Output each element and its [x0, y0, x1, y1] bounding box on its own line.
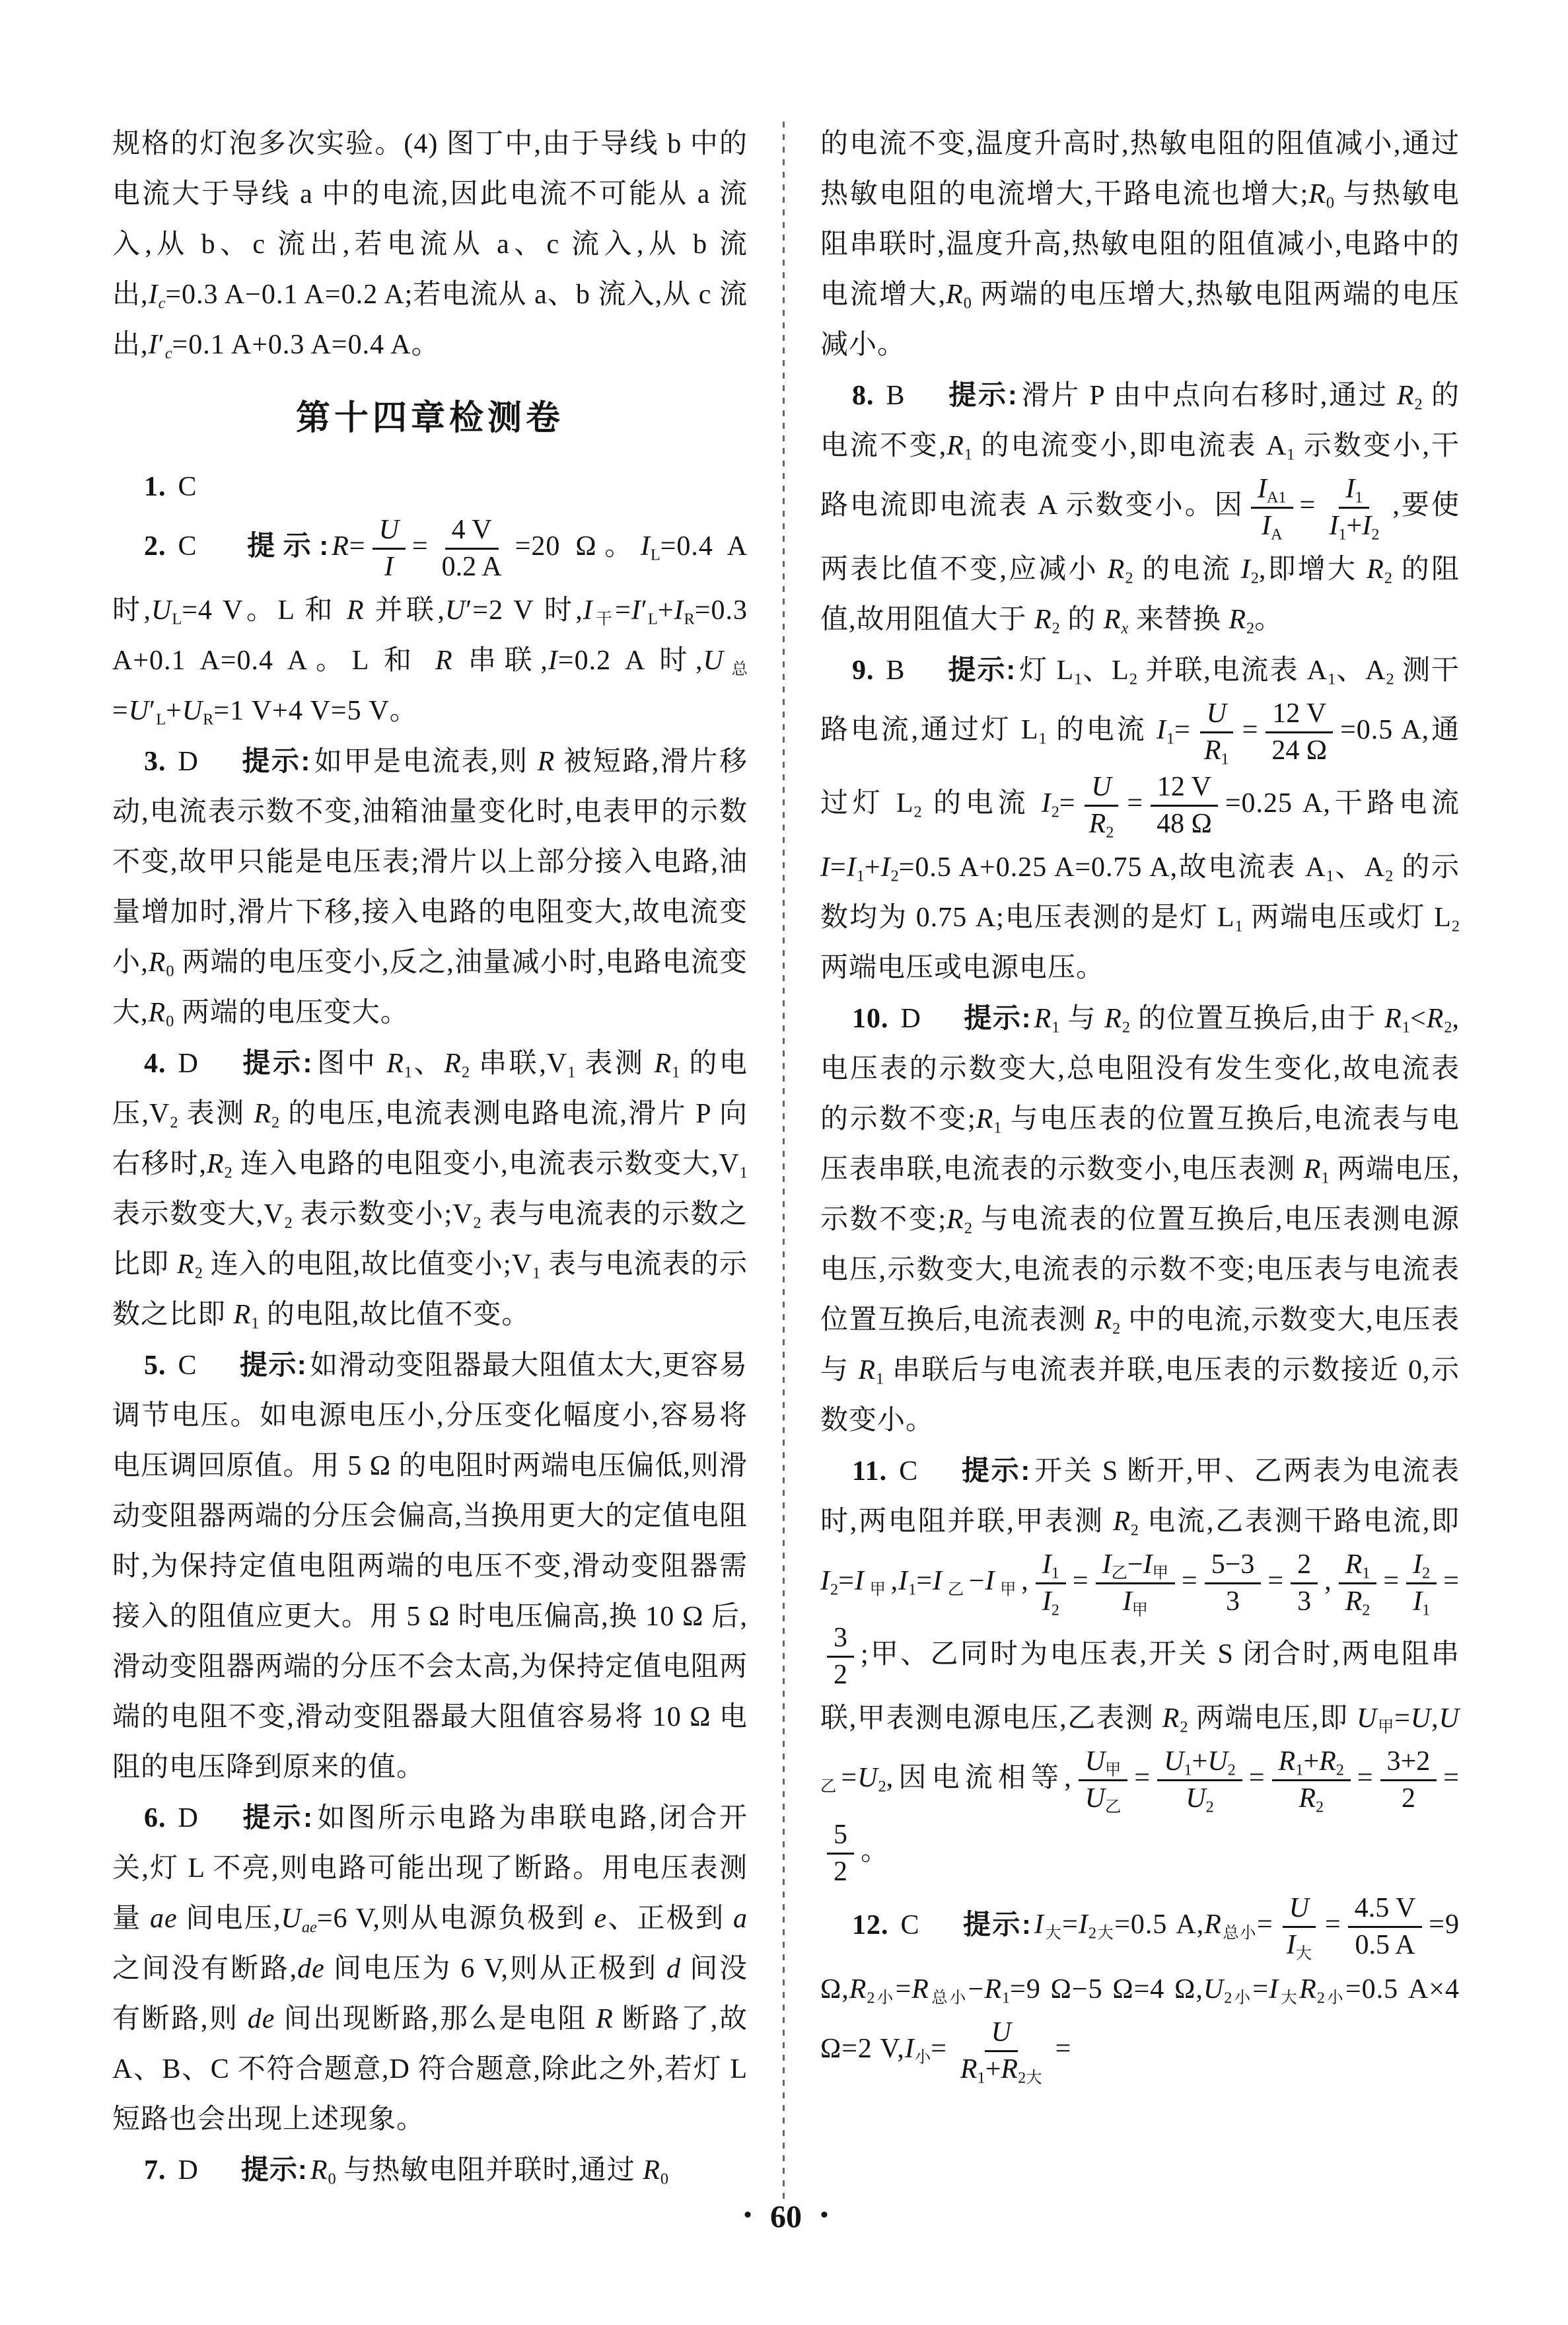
answer-letter: C: [178, 1350, 197, 1381]
variable: I: [149, 330, 159, 360]
item-number: 12.: [852, 1910, 889, 1940]
fraction-denominator: 0.5 A: [1348, 1928, 1421, 1961]
variable: R: [1034, 1004, 1052, 1034]
subscript: 2: [1122, 1018, 1130, 1036]
subscript: 2: [1112, 1319, 1120, 1337]
subscript: 2: [1052, 619, 1060, 637]
subscript: 1: [1074, 670, 1082, 688]
subscript: 1: [876, 1370, 884, 1387]
fraction: UR1: [1197, 698, 1236, 766]
variable: ae: [150, 1903, 178, 1934]
fraction-numerator: I乙−I甲: [1096, 1549, 1175, 1584]
variable: I: [1269, 1974, 1279, 2005]
item-number: 7.: [144, 2155, 166, 2186]
variable: de: [248, 2004, 275, 2034]
hint-label: 提示:: [240, 1349, 307, 1380]
answer-letter: D: [901, 1004, 921, 1034]
variable: R: [946, 279, 964, 310]
answer-item-6: 6.D提示:如图所示电路为串联电路,闭合开关,灯 L 不亮,则电路可能出现了断路…: [112, 1792, 748, 2145]
subscript: 2: [462, 1063, 470, 1081]
fraction-numerator: 4.5 V: [1348, 1893, 1423, 1928]
answer-book-page: 规格的灯泡多次实验。(4) 图丁中,由于导线 b 中的电流大于导线 a 中的电流…: [0, 0, 1568, 2325]
variable: R: [149, 998, 166, 1028]
fraction: 5−33: [1205, 1549, 1262, 1617]
variable: R: [960, 2054, 978, 2085]
subscript: 2: [1444, 1018, 1452, 1036]
subscript: 2: [170, 1113, 178, 1131]
fraction-numerator: R1+R2: [1272, 1746, 1351, 1781]
variable: R: [1001, 2054, 1018, 2085]
fraction-numerator: 4 V: [445, 515, 499, 550]
item-number: 2.: [144, 531, 166, 562]
fraction: 4.5 V0.5 A: [1348, 1893, 1423, 1961]
fraction-numerator: IA1: [1251, 474, 1293, 509]
subscript: 1: [978, 2069, 985, 2086]
fraction-numerator: 5−3: [1205, 1549, 1262, 1584]
subscript: 2: [1131, 1521, 1139, 1539]
fraction-numerator: U: [1085, 772, 1118, 807]
subscript: 2: [830, 1581, 838, 1599]
answer-letter: D: [178, 1803, 199, 1833]
subscript: 1: [1002, 1989, 1010, 2007]
answer-item-5: 5.C提示:如滑动变阻器最大阻值太大,更容易调节电压。如电源电压小,分压变化幅度…: [112, 1340, 748, 1792]
subscript: 1: [1295, 1761, 1303, 1779]
section-heading: 第十四章检测卷: [112, 390, 748, 439]
subscript: A1: [1267, 488, 1287, 506]
subscript: 2小: [1317, 1989, 1345, 2007]
subscript: 总小: [1222, 1925, 1257, 1942]
variable: R: [435, 646, 453, 676]
variable: I: [1413, 1549, 1422, 1580]
variable: R: [984, 1974, 1002, 2005]
fraction-numerator: 3+2: [1380, 1746, 1437, 1781]
answer-item-12: 12.C提示:I大=I2大=0.5 A,R总小=UI大=4.5 V0.5 A=9…: [820, 1890, 1460, 2087]
fraction-denominator: IA: [1255, 509, 1289, 542]
answer-letter: C: [178, 472, 197, 502]
fraction: R1R2: [1339, 1549, 1377, 1617]
fraction-denominator: U乙: [1079, 1781, 1128, 1814]
item-number: 11.: [852, 1456, 887, 1487]
variable: R: [347, 595, 365, 626]
subscript: 2: [1371, 525, 1379, 543]
subscript: 甲: [1105, 1761, 1121, 1779]
variable: R: [149, 947, 166, 978]
fraction: I1I1+I2: [1322, 474, 1386, 542]
variable: U: [991, 2017, 1011, 2048]
subscript: 2: [1384, 569, 1392, 587]
fraction-denominator: R1: [1197, 733, 1236, 766]
variable: I: [1042, 1549, 1051, 1580]
subscript: 2: [964, 1219, 972, 1237]
fraction: 12 V24 Ω: [1265, 698, 1334, 766]
subscript: 1: [1221, 750, 1229, 768]
subscript: 1: [1362, 1564, 1370, 1582]
fraction: 52: [827, 1820, 854, 1888]
subscript: 乙: [943, 1581, 969, 1599]
variable: R: [1113, 1506, 1131, 1537]
subscript: 1: [532, 1264, 540, 1282]
footer-right-dot: •: [820, 2203, 828, 2227]
subscript: 2: [1246, 619, 1254, 637]
variable: R: [1104, 605, 1122, 635]
subscript: L: [648, 610, 658, 628]
variable: R: [1162, 1703, 1180, 1734]
subscript: 1: [1166, 730, 1174, 748]
subscript: 总: [724, 660, 748, 678]
subscript: 1: [1287, 445, 1295, 463]
answer-item-7-continuation: 的电流不变,温度升高时,热敏电阻的阻值减小,通过热敏电阻的电流增大,干路电流也增…: [820, 119, 1460, 370]
answer-item-7: 7.D提示:R0 与热敏电阻并联时,通过 R0: [112, 2145, 748, 2196]
variable: I: [820, 1566, 830, 1596]
fraction-denominator: I1+I2: [1322, 509, 1386, 542]
subscript: 0: [964, 294, 972, 312]
hint-label: 提示:: [241, 745, 311, 776]
variable: R: [538, 747, 555, 777]
variable: R: [1034, 605, 1052, 635]
variable: R: [1299, 1783, 1316, 1814]
subscript: 2: [891, 867, 899, 885]
variable: R: [1104, 1004, 1122, 1034]
variable: R: [386, 1049, 404, 1079]
variable: I: [855, 1566, 865, 1596]
subscript: 0: [328, 2170, 336, 2188]
subscript: 1: [1235, 917, 1243, 935]
fraction: I2I1: [1406, 1549, 1437, 1617]
fraction: UR2: [1083, 772, 1121, 840]
subscript: c: [159, 294, 166, 312]
fraction-denominator: 0.2 A: [435, 550, 509, 583]
fraction: U甲U乙: [1079, 1746, 1128, 1814]
subscript: 2: [914, 803, 922, 821]
subscript: R: [203, 710, 213, 728]
variable: R: [1384, 1004, 1402, 1034]
variable: I: [1362, 511, 1371, 541]
item-number: 6.: [144, 1803, 166, 1833]
hint-label: 提示:: [241, 1047, 313, 1078]
item-number: 1.: [144, 472, 166, 502]
item-number: 10.: [852, 1004, 889, 1034]
hint-label: 提示:: [241, 1802, 313, 1833]
hint-label: 提示:: [948, 654, 1016, 685]
variable: U: [1357, 1703, 1377, 1734]
variable: R: [177, 1249, 195, 1280]
subscript: 甲: [865, 1581, 891, 1599]
subscript: 1: [672, 1063, 680, 1081]
subscript: 1: [740, 1163, 748, 1181]
fraction-numerator: I2: [1406, 1549, 1437, 1584]
subscript: 1: [1051, 1018, 1059, 1036]
variable: R: [1397, 381, 1415, 411]
answer-letter: C: [178, 531, 197, 562]
variable: I: [898, 1566, 908, 1596]
answer-letter: B: [886, 381, 906, 411]
variable: I: [1345, 474, 1355, 504]
variable: R: [254, 1099, 271, 1129]
fraction: 4 V0.2 A: [435, 515, 509, 583]
subscript: 1: [993, 1119, 1001, 1136]
variable: I: [674, 595, 684, 626]
variable: U: [281, 1903, 302, 1934]
subscript: 2: [1251, 569, 1259, 587]
fraction-denominator: R2: [1292, 1781, 1330, 1814]
prev-answer-continuation: 规格的灯泡多次实验。(4) 图丁中,由于导线 b 中的电流大于导线 a 中的电流…: [112, 119, 748, 370]
fraction-denominator: 2: [827, 1658, 854, 1691]
variable: e: [594, 1903, 607, 1934]
subscript: 甲: [1153, 1564, 1168, 1582]
fraction-denominator: I1: [1406, 1584, 1437, 1617]
item-number: 9.: [852, 655, 874, 686]
subscript: 2小: [867, 1989, 895, 2007]
variable: I: [847, 852, 857, 883]
subscript: 甲: [1377, 1718, 1394, 1736]
fraction-denominator: 24 Ω: [1265, 733, 1334, 766]
variable: R: [1204, 735, 1221, 766]
answer-letter: B: [886, 655, 906, 686]
page-content: 规格的灯泡多次实验。(4) 图丁中,由于导线 b 中的电流大于导线 a 中的电流…: [112, 119, 1460, 2207]
subscript: L: [172, 610, 182, 628]
variable: R: [1345, 1586, 1363, 1617]
fraction-denominator: 2: [827, 1855, 854, 1888]
subscript: 1: [1355, 488, 1363, 506]
variable: U: [379, 515, 399, 545]
variable: I: [933, 1566, 943, 1596]
variable: U: [1439, 1703, 1460, 1734]
hint-label: 提示:: [948, 379, 1018, 410]
column-divider: [783, 122, 785, 2203]
variable: R: [1108, 554, 1125, 585]
fraction-denominator: 3: [1219, 1584, 1246, 1617]
subscript: 甲: [995, 1581, 1021, 1599]
variable: R: [310, 2155, 328, 2186]
subscript: 0: [660, 2170, 668, 2188]
fraction-numerator: U甲: [1079, 1746, 1128, 1781]
fraction-denominator: 48 Ω: [1150, 807, 1219, 840]
variable: I: [1042, 1586, 1051, 1617]
hint-label: 提示:: [964, 1002, 1032, 1033]
fraction-denominator: I大: [1280, 1928, 1318, 1961]
fraction-numerator: U: [985, 2017, 1018, 2052]
subscript: A: [1271, 525, 1283, 543]
fraction: 32: [827, 1623, 854, 1691]
fraction: UR1+R2大: [954, 2017, 1049, 2085]
variable: R: [332, 531, 349, 562]
subscript: 1: [1328, 670, 1336, 688]
subscript: 2: [1051, 803, 1059, 821]
answer-letter: C: [901, 1910, 920, 1940]
variable: I: [548, 646, 558, 676]
variable: R: [234, 1300, 252, 1330]
fraction-denominator: 3: [1291, 1584, 1318, 1617]
variable: U: [1186, 1783, 1205, 1814]
variable: R: [1319, 1746, 1336, 1777]
fraction-denominator: 2: [1395, 1781, 1422, 1814]
variable: R: [976, 1104, 994, 1134]
subscript: 大: [1296, 1945, 1312, 1963]
variable: R: [655, 1049, 672, 1079]
answer-letter: D: [178, 2155, 199, 2186]
fraction-denominator: I甲: [1116, 1584, 1155, 1617]
item-number: 5.: [144, 1350, 166, 1381]
hint-label: 提示:: [240, 530, 330, 561]
variable: R: [1304, 1154, 1322, 1185]
subscript: L: [156, 710, 166, 728]
variable: U: [1411, 1703, 1431, 1734]
subscript: 2: [1129, 670, 1137, 688]
variable: R: [911, 1974, 929, 2005]
variable: R: [1204, 1910, 1222, 1940]
footer-left-dot: •: [744, 2203, 752, 2227]
subscript: 2大: [1088, 1925, 1114, 1942]
answer-item-10: 10.D提示:R1 与 R2 的位置互换后,由于 R1<R2,电压表的示数变大,…: [820, 993, 1460, 1446]
answer-item-4: 4.D提示:图中 R1、R2 串联,V1 表测 R1 的电压,V2 表测 R2 …: [112, 1038, 748, 1340]
variable: R: [444, 1049, 462, 1079]
subscript: 乙: [820, 1778, 841, 1796]
subscript: 2大: [1018, 2069, 1042, 2086]
answer-item-9: 9.B提示:灯 L1、L2 并联,电流表 A1、A2 测干路电流,通过灯 L1 …: [820, 645, 1460, 993]
subscript: 2: [1051, 1602, 1059, 1619]
variable: R: [1427, 1004, 1444, 1034]
subscript: 0: [1326, 194, 1334, 211]
subscript: 0: [166, 962, 174, 980]
subscript: 1: [1184, 1761, 1192, 1779]
subscript: 2: [1206, 1798, 1214, 1816]
variable: U: [182, 696, 203, 726]
fraction-denominator: R2: [1339, 1584, 1377, 1617]
variable: R: [946, 1204, 964, 1235]
subscript: L: [651, 546, 660, 564]
subscript: 2: [473, 1214, 481, 1232]
variable: I: [149, 279, 159, 310]
fraction-numerator: 12 V: [1265, 698, 1333, 733]
subscript: 总小: [929, 1989, 968, 2007]
fraction-numerator: 3: [827, 1623, 854, 1658]
variable: U: [1091, 772, 1111, 802]
fraction-numerator: I1: [1339, 474, 1369, 509]
subscript: 1: [404, 1063, 412, 1081]
fraction-numerator: U: [1283, 1893, 1316, 1928]
fraction-numerator: U: [1200, 698, 1233, 733]
variable: U: [1085, 1746, 1105, 1777]
variable: I: [1258, 474, 1267, 504]
column-left: 规格的灯泡多次实验。(4) 图丁中,由于导线 b 中的电流大于导线 a 中的电流…: [112, 119, 748, 2196]
fraction: 3+22: [1380, 1746, 1437, 1814]
subscript: 2: [1415, 395, 1423, 413]
variable: I: [820, 852, 830, 883]
fraction-numerator: R1: [1339, 1549, 1377, 1584]
subscript: 大: [1279, 1989, 1299, 2007]
subscript: 0: [166, 1012, 174, 1030]
fraction: UI: [373, 515, 406, 583]
fraction-denominator: R2: [1083, 807, 1121, 840]
fraction: 12 V48 Ω: [1150, 772, 1219, 840]
variable: U: [151, 595, 172, 626]
variable: U: [1207, 698, 1227, 729]
variable: U: [1289, 1893, 1309, 1923]
variable: I: [1034, 1910, 1044, 1940]
fraction-numerator: U1+U2: [1157, 1746, 1242, 1781]
fraction-numerator: U: [373, 515, 406, 550]
subscript: 1: [251, 1314, 259, 1332]
fraction: I乙−I甲I甲: [1096, 1549, 1175, 1617]
subscript: 小: [915, 2048, 931, 2066]
subscript: 1: [1321, 1169, 1329, 1187]
subscript: 2: [1228, 1761, 1236, 1779]
variable: I: [384, 552, 394, 582]
fraction: 23: [1291, 1549, 1318, 1617]
variable: I: [1042, 788, 1051, 819]
variable: I: [1123, 1586, 1132, 1617]
subscript: 乙: [1112, 1564, 1127, 1582]
subscript: 1: [1338, 525, 1346, 543]
fraction: U1+U2U2: [1157, 1746, 1242, 1814]
variable: I: [1287, 1930, 1296, 1960]
subscript: 2: [271, 1113, 279, 1131]
variable: I: [1157, 715, 1166, 745]
subscript: 2: [1452, 917, 1460, 935]
variable: d: [666, 1954, 681, 1984]
variable: I: [1102, 1549, 1112, 1580]
subscript: 1: [1039, 730, 1047, 748]
variable: R: [643, 2155, 660, 2186]
variable: R: [1229, 605, 1246, 635]
subscript: 2: [878, 1778, 886, 1796]
subscript: 2: [1125, 569, 1133, 587]
variable: I: [583, 595, 593, 626]
subscript: 2: [225, 1163, 232, 1181]
subscript: 2: [1385, 867, 1393, 885]
subscript: 2小: [1224, 1989, 1252, 2007]
subscript: 1: [1051, 1564, 1059, 1582]
fraction: I1I2: [1036, 1549, 1066, 1617]
hint-label: 提示:: [962, 1909, 1032, 1940]
variable: I: [1262, 511, 1271, 541]
subscript: 2: [1180, 1718, 1188, 1736]
fraction-denominator: U2: [1179, 1781, 1221, 1814]
subscript: 1: [857, 867, 865, 885]
subscript: ae: [302, 1918, 317, 1936]
item-number: 8.: [852, 381, 874, 411]
variable: I: [641, 531, 651, 562]
variable: R: [1299, 1974, 1317, 2005]
variable: R: [946, 431, 964, 461]
answer-letter: C: [899, 1456, 918, 1487]
variable: R: [207, 1149, 225, 1179]
fraction-numerator: I1: [1036, 1549, 1066, 1584]
subscript: 甲: [1132, 1602, 1148, 1619]
variable: U: [1203, 1974, 1224, 2005]
subscript: 1: [1422, 1602, 1430, 1619]
variable: I: [905, 2034, 915, 2064]
subscript: 2: [1316, 1798, 1324, 1816]
subscript: 干: [593, 610, 615, 628]
variable: R: [1279, 1746, 1296, 1777]
variable: I: [1329, 511, 1338, 541]
subscript: 1: [908, 1581, 916, 1599]
fraction-numerator: 5: [827, 1820, 854, 1855]
page-footer: •60•: [112, 2199, 1460, 2235]
column-right: 的电流不变,温度升高时,热敏电阻的阻值减小,通过热敏电阻的电流增大,干路电流也增…: [820, 119, 1460, 2088]
subscript: 2: [1386, 670, 1394, 688]
variable: U: [1207, 1746, 1227, 1777]
page-number: 60: [770, 2199, 802, 2234]
variable: R: [1094, 1305, 1112, 1335]
fraction: UI大: [1280, 1893, 1318, 1961]
variable: de: [297, 1954, 325, 1984]
variable: I: [1241, 554, 1251, 585]
answer-letter: D: [178, 747, 199, 777]
variable: R: [1308, 179, 1326, 209]
variable: U: [129, 696, 149, 726]
